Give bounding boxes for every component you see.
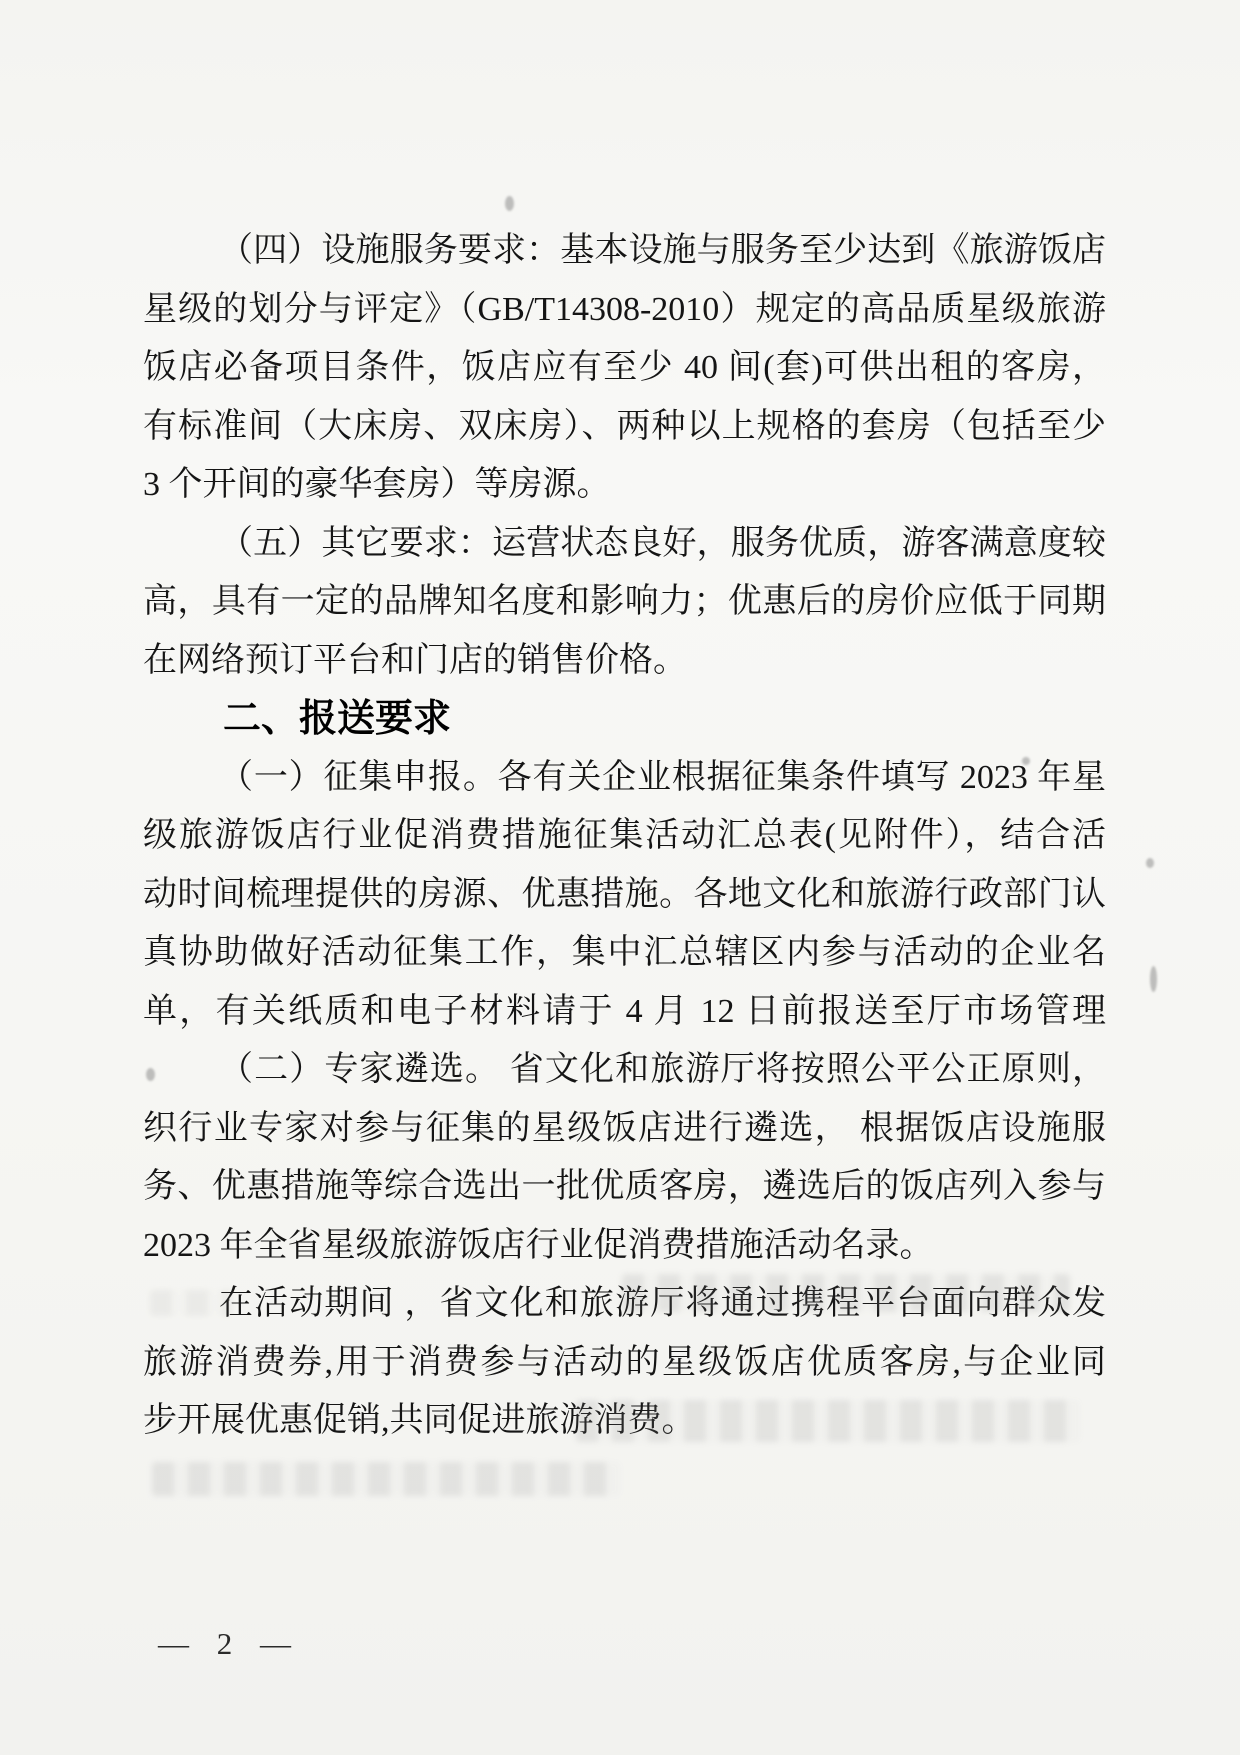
bleed-through-artifact (576, 1400, 1080, 1442)
scanned-document-page: （四）设施服务要求：基本设施与服务至少达到《旅游饭店 星级的划分与评定》（GB/… (0, 0, 1240, 1755)
scan-speck (146, 1068, 155, 1081)
text-line: 织行业专家对参与征集的星级饭店进行遴选， 根据饭店设施服 (143, 1100, 1106, 1159)
text-line: （一）征集申报。各有关企业根据征集条件填写 2023 年星 (143, 749, 1106, 808)
text-line: 2023 年全省星级旅游饭店行业促消费措施活动名录。 (143, 1217, 1106, 1276)
text-line: 级旅游饭店行业促消费措施征集活动汇总表(见附件），结合活 (143, 807, 1106, 866)
text-line: （五）其它要求：运营状态良好，服务优质，游客满意度较 (143, 515, 1106, 574)
section-heading: 二、报送要求 (143, 690, 1106, 749)
text-line: 饭店必备项目条件，饭店应有至少 40 间(套)可供出租的客房， (143, 339, 1106, 398)
text-line: 动时间梳理提供的房源、优惠措施。各地文化和旅游行政部门认 (143, 866, 1106, 925)
page-number: — 2 — (158, 1626, 301, 1662)
scan-speck (1146, 858, 1154, 868)
text-line: 真协助做好活动征集工作，集中汇总辖区内参与活动的企业名 (143, 924, 1106, 983)
bleed-through-artifact (622, 1274, 1070, 1312)
text-line: 3 个开间的豪华套房）等房源。 (143, 456, 1106, 515)
bleed-through-artifact (152, 1462, 620, 1496)
text-line: 旅游消费券,用于消费参与活动的星级饭店优质客房,与企业同 (143, 1334, 1106, 1393)
text-line: 单，有关纸质和电子材料请于 4 月 12 日前报送至厅市场管理处。 (143, 983, 1106, 1042)
scan-speck (505, 196, 514, 211)
bleed-through-artifact (150, 1290, 232, 1316)
scan-speck (1150, 966, 1157, 992)
document-body: （四）设施服务要求：基本设施与服务至少达到《旅游饭店 星级的划分与评定》（GB/… (143, 222, 1106, 1451)
text-line: （四）设施服务要求：基本设施与服务至少达到《旅游饭店 (143, 222, 1106, 281)
text-line: 有标准间（大床房、双床房）、两种以上规格的套房（包括至少 (143, 398, 1106, 457)
text-line: 在网络预订平台和门店的销售价格。 (143, 632, 1106, 691)
text-line: 务、优惠措施等综合选出一批优质客房，遴选后的饭店列入参与 (143, 1158, 1106, 1217)
text-line: （二）专家遴选。 省文化和旅游厅将按照公平公正原则， 组 (143, 1041, 1106, 1100)
text-line: 星级的划分与评定》（GB/T14308-2010）规定的高品质星级旅游 (143, 281, 1106, 340)
text-line: 高，具有一定的品牌知名度和影响力；优惠后的房价应低于同期 (143, 573, 1106, 632)
scan-speck (1022, 757, 1030, 765)
